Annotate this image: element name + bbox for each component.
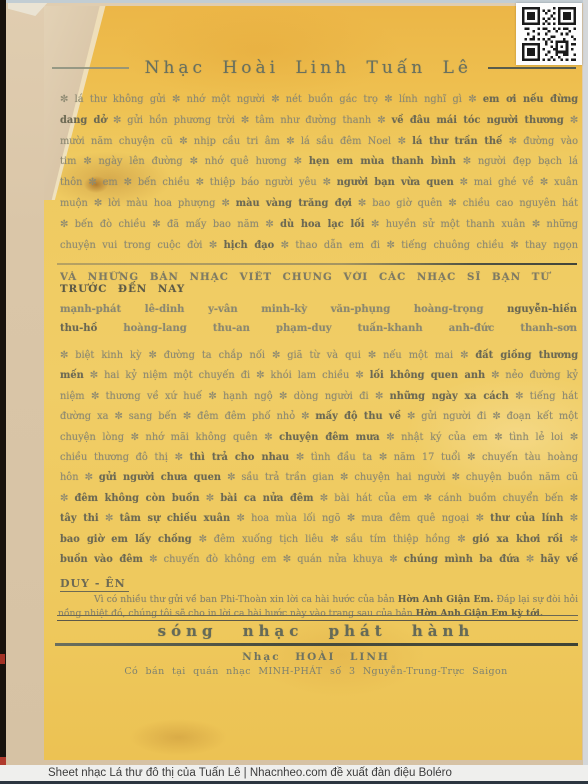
collaboration-heading: VÀ NHỮNG BẢN NHẠC VIẾT CHUNG VỚI CÁC NHẠ… bbox=[60, 271, 577, 295]
song-list-solo: ✼ lá thư không gửi ✼ nhớ một người ✼ nét… bbox=[60, 90, 578, 258]
page-header: Nhạc Hoài Linh Tuấn Lê bbox=[52, 57, 576, 79]
qr-code bbox=[516, 3, 582, 65]
collaborator-names: mạnh-phát lê-dinh y-vân minh-kỳ văn-phụn… bbox=[60, 300, 577, 337]
scan-right-edge bbox=[583, 0, 588, 784]
composer-credit: Nhạc HOÀI LINH bbox=[55, 651, 577, 663]
collaboration-block: VÀ NHỮNG BẢN NHẠC VIẾT CHUNG VỚI CÁC NHẠ… bbox=[60, 271, 577, 337]
header-rule-right bbox=[488, 67, 576, 70]
publisher-name: sóng nhạc phát hành bbox=[55, 622, 577, 640]
song-list-collab: ✼ biệt kinh kỳ ✼ đường ta chắp nối ✼ giã… bbox=[60, 346, 578, 570]
page-title: Nhạc Hoài Linh Tuấn Lê bbox=[145, 58, 472, 78]
double-rule bbox=[57, 615, 578, 621]
header-rule-left bbox=[52, 67, 129, 69]
qr-code-icon bbox=[521, 7, 577, 61]
image-caption-bar: Sheet nhạc Lá thư đô thị của Tuấn Lê | N… bbox=[0, 765, 588, 781]
publisher-rule bbox=[55, 643, 578, 646]
red-edge-mark bbox=[0, 654, 5, 664]
divider-rule bbox=[57, 263, 577, 265]
image-caption-text: Sheet nhạc Lá thư đô thị của Tuấn Lê | N… bbox=[48, 767, 452, 779]
notice-heading: DUY - ÊN bbox=[60, 577, 129, 592]
scan-left-edge bbox=[0, 0, 6, 784]
scanned-sheet-music-back-cover: Nhạc Hoài Linh Tuấn Lê ✼ lá thư không gử… bbox=[0, 0, 588, 784]
scan-top-edge bbox=[0, 0, 588, 3]
store-address: Có bán tại quán nhạc MINH-PHÁT số 3 Nguy… bbox=[55, 666, 577, 677]
